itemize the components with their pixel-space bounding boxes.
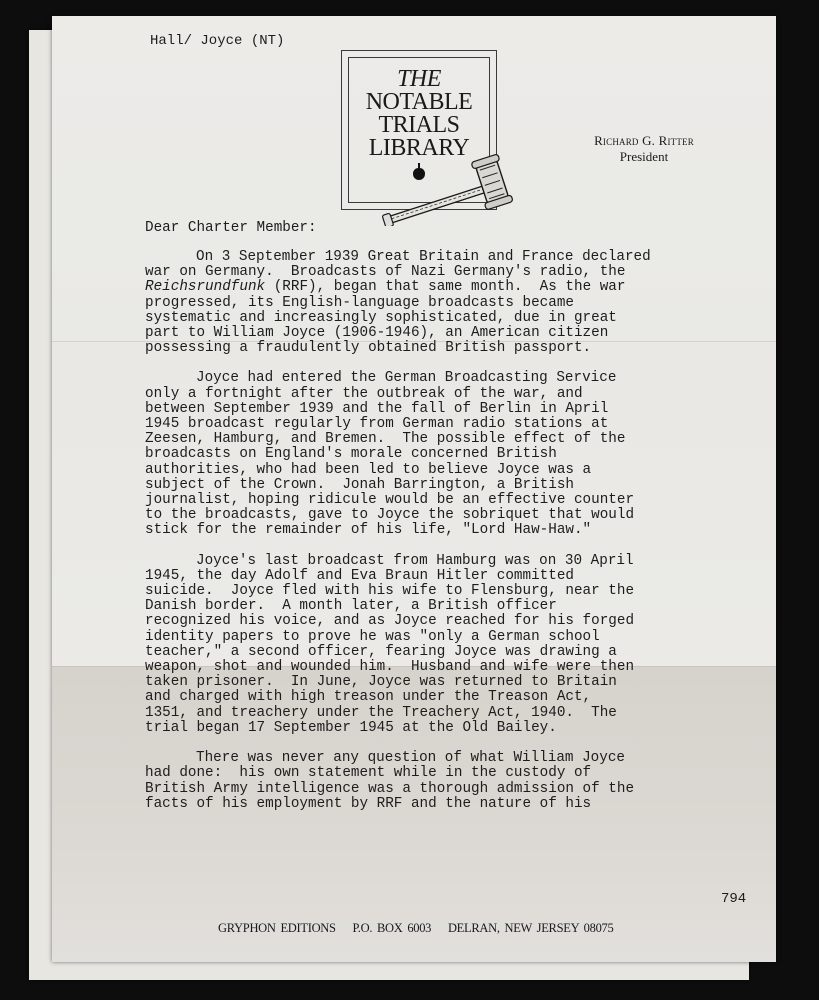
text-line: 1945, the day Adolf and Eva Braun Hitler…	[145, 569, 745, 584]
text-line: part to William Joyce (1906-1946), an Am…	[145, 326, 745, 341]
text-line: Joyce's last broadcast from Hamburg was …	[145, 554, 745, 569]
footer-po-box: P.O. BOX 6003	[353, 921, 432, 935]
paragraph: Joyce's last broadcast from Hamburg was …	[145, 554, 745, 736]
text-line: 1351, and treachery under the Treachery …	[145, 706, 745, 721]
letter-body: On 3 September 1939 Great Britain and Fr…	[145, 250, 745, 827]
text-line: taken prisoner. In June, Joyce was retur…	[145, 675, 745, 690]
text-line: war on Germany. Broadcasts of Nazi Germa…	[145, 265, 745, 280]
text-line: only a fortnight after the outbreak of t…	[145, 387, 745, 402]
text-line: facts of his employment by RRF and the n…	[145, 797, 745, 812]
footer-address: GRYPHON EDITIONS P.O. BOX 6003 DELRAN, N…	[218, 921, 625, 936]
paragraph: There was never any question of what Wil…	[145, 751, 745, 812]
gavel-icon	[374, 146, 514, 226]
text-line: Zeesen, Hamburg, and Bremen. The possibl…	[145, 432, 745, 447]
text-line: recognized his voice, and as Joyce reach…	[145, 614, 745, 629]
logo-line: TRIALS	[379, 114, 460, 137]
text-line: 1945 broadcast regularly from German rad…	[145, 417, 745, 432]
text-line: trial began 17 September 1945 at the Old…	[145, 721, 745, 736]
salutation: Dear Charter Member:	[145, 220, 317, 236]
text-line: authorities, who had been led to believe…	[145, 463, 745, 478]
text-line: stick for the remainder of his life, "Lo…	[145, 523, 745, 538]
letter-page: Hall/ Joyce (NT) THE NOTABLE TRIALS LIBR…	[52, 16, 776, 962]
sender-name: Richard G. Ritter	[569, 133, 719, 149]
logo-line: THE	[397, 68, 441, 91]
text-line: There was never any question of what Wil…	[145, 751, 745, 766]
logo-line: NOTABLE	[366, 91, 473, 114]
text-line: between September 1939 and the fall of B…	[145, 402, 745, 417]
text-line: journalist, hoping ridicule would be an …	[145, 493, 745, 508]
text-line: progressed, its English-language broadca…	[145, 296, 745, 311]
text-line: teacher," a second officer, fearing Joyc…	[145, 645, 745, 660]
text-line: and charged with high treason under the …	[145, 690, 745, 705]
text-line: broadcasts on England's morale concerned…	[145, 447, 745, 462]
paragraph: On 3 September 1939 Great Britain and Fr…	[145, 250, 745, 356]
sender-title: President	[569, 149, 719, 164]
paragraph: Joyce had entered the German Broadcastin…	[145, 371, 745, 538]
text-line: weapon, shot and wounded him. Husband an…	[145, 660, 745, 675]
text-line: British Army intelligence was a thorough…	[145, 782, 745, 797]
text-line: to the broadcasts, gave to Joyce the sob…	[145, 508, 745, 523]
text-line: On 3 September 1939 Great Britain and Fr…	[145, 250, 745, 265]
text-line: Danish border. A month later, a British …	[145, 599, 745, 614]
file-reference: Hall/ Joyce (NT)	[150, 33, 284, 49]
footer-publisher: GRYPHON EDITIONS	[218, 921, 336, 935]
text-line: Joyce had entered the German Broadcastin…	[145, 371, 745, 386]
text-line: subject of the Crown. Jonah Barrington, …	[145, 478, 745, 493]
text-line: had done: his own statement while in the…	[145, 766, 745, 781]
sender-block: Richard G. Ritter President	[569, 133, 719, 164]
text-line: identity papers to prove he was "only a …	[145, 630, 745, 645]
page-number: 794	[721, 891, 746, 907]
text-line: Reichsrundfunk (RRF), began that same mo…	[145, 280, 745, 295]
text-line: possessing a fraudulently obtained Briti…	[145, 341, 745, 356]
footer-city: DELRAN, NEW JERSEY 08075	[448, 921, 613, 935]
text-line: systematic and increasingly sophisticate…	[145, 311, 745, 326]
text-line: suicide. Joyce fled with his wife to Fle…	[145, 584, 745, 599]
